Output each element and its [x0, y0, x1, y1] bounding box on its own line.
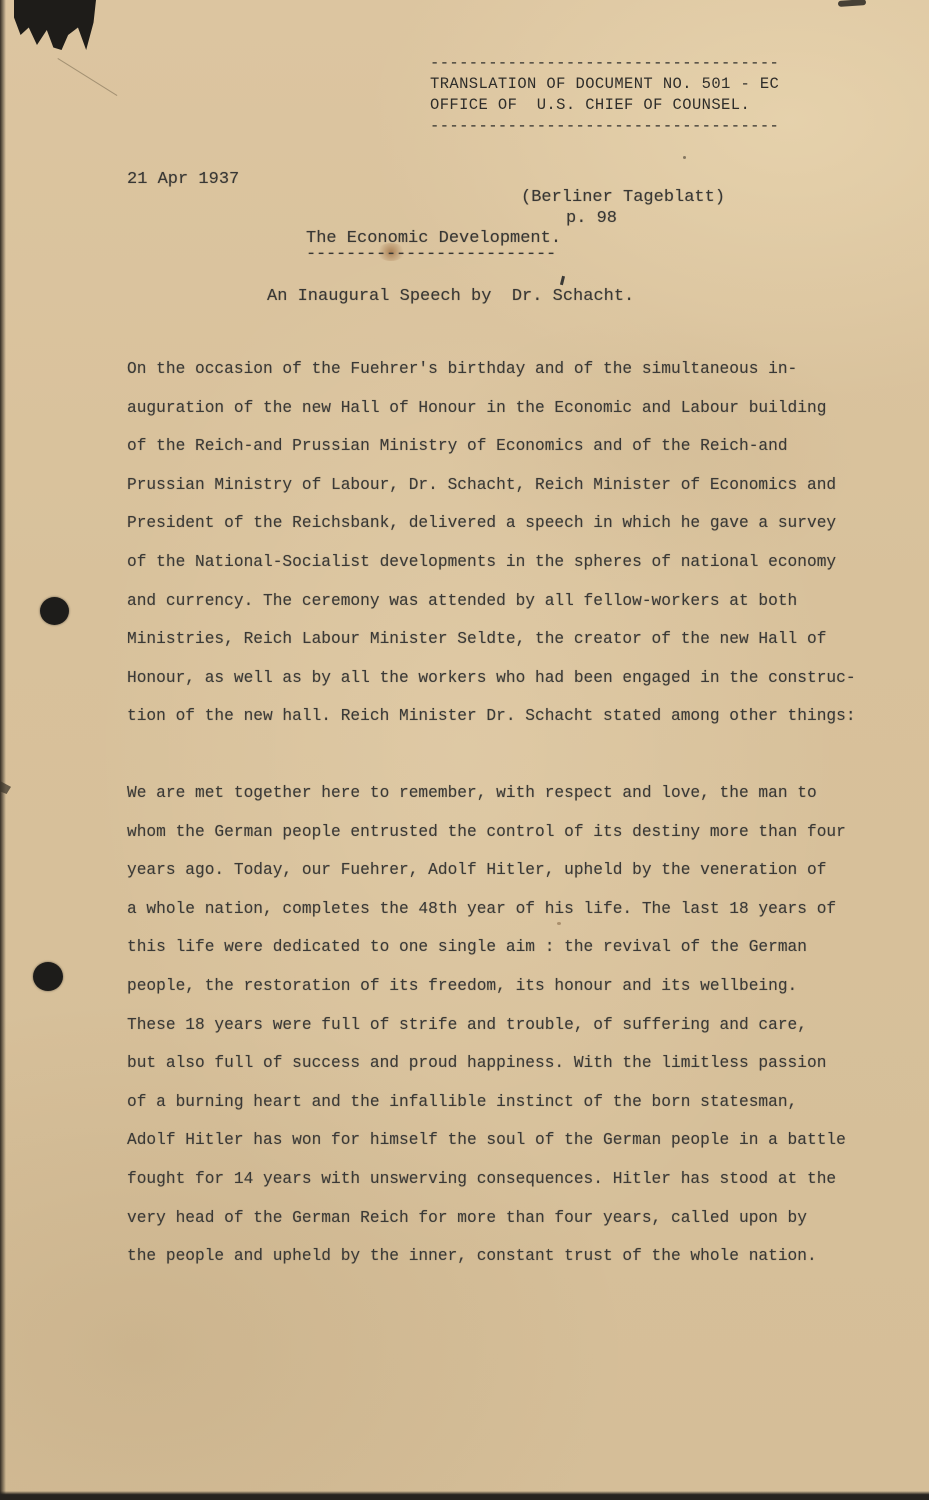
translation-stamp: ------------------------------------ TRA… [430, 53, 779, 137]
text-line: of the Reich-and Prussian Ministry of Ec… [127, 427, 856, 466]
text-line: These 18 years were full of strife and t… [127, 1006, 846, 1045]
stamp-line-2: OFFICE OF U.S. CHIEF OF COUNSEL. [430, 95, 779, 116]
paragraph-1: On the occasion of the Fuehrer's birthda… [127, 350, 856, 736]
text-line: Ministries, Reich Labour Minister Seldte… [127, 620, 856, 659]
stamp-dashes-top: ------------------------------------ [430, 53, 779, 74]
hole-punch-bottom [33, 962, 63, 991]
stamp-dashes-bottom: ------------------------------------ [430, 116, 779, 137]
text-line: whom the German people entrusted the con… [127, 813, 846, 852]
paragraph-2: We are met together here to remember, wi… [127, 774, 846, 1276]
text-line: people, the restoration of its freedom, … [127, 967, 846, 1006]
hole-punch-top [40, 597, 69, 625]
text-line: On the occasion of the Fuehrer's birthda… [127, 350, 856, 389]
source-publication: (Berliner Tageblatt) [521, 188, 725, 207]
text-line: but also full of success and proud happi… [127, 1044, 846, 1083]
text-line: We are met together here to remember, wi… [127, 774, 846, 813]
text-line: Honour, as well as by all the workers wh… [127, 659, 856, 698]
text-line: of the National-Socialist developments i… [127, 543, 856, 582]
text-line: of a burning heart and the infallible in… [127, 1083, 846, 1122]
text-line: fought for 14 years with unswerving cons… [127, 1160, 846, 1199]
text-line: Prussian Ministry of Labour, Dr. Schacht… [127, 466, 856, 505]
scan-edge-bottom [0, 1491, 929, 1500]
text-line: a whole nation, completes the 48th year … [127, 890, 846, 929]
text-line: the people and upheld by the inner, cons… [127, 1237, 846, 1276]
text-line: years ago. Today, our Fuehrer, Adolf Hit… [127, 851, 846, 890]
stamp-line-1: TRANSLATION OF DOCUMENT NO. 501 - EC [430, 74, 779, 95]
scan-edge-left [0, 0, 6, 1500]
text-line: President of the Reichsbank, delivered a… [127, 504, 856, 543]
text-line: and currency. The ceremony was attended … [127, 582, 856, 621]
title-underline-dashes: ------------------------- [306, 245, 556, 264]
document-subtitle: An Inaugural Speech by Dr. Schacht. [267, 287, 634, 306]
text-line: Adolf Hitler has won for himself the sou… [127, 1121, 846, 1160]
text-line: this life were dedicated to one single a… [127, 928, 846, 967]
page-reference: p. 98 [566, 209, 617, 228]
text-line: auguration of the new Hall of Honour in … [127, 389, 856, 428]
text-line: tion of the new hall. Reich Minister Dr.… [127, 697, 856, 736]
document-date: 21 Apr 1937 [127, 170, 239, 189]
paper-speck [683, 156, 686, 159]
text-line: very head of the German Reich for more t… [127, 1199, 846, 1238]
